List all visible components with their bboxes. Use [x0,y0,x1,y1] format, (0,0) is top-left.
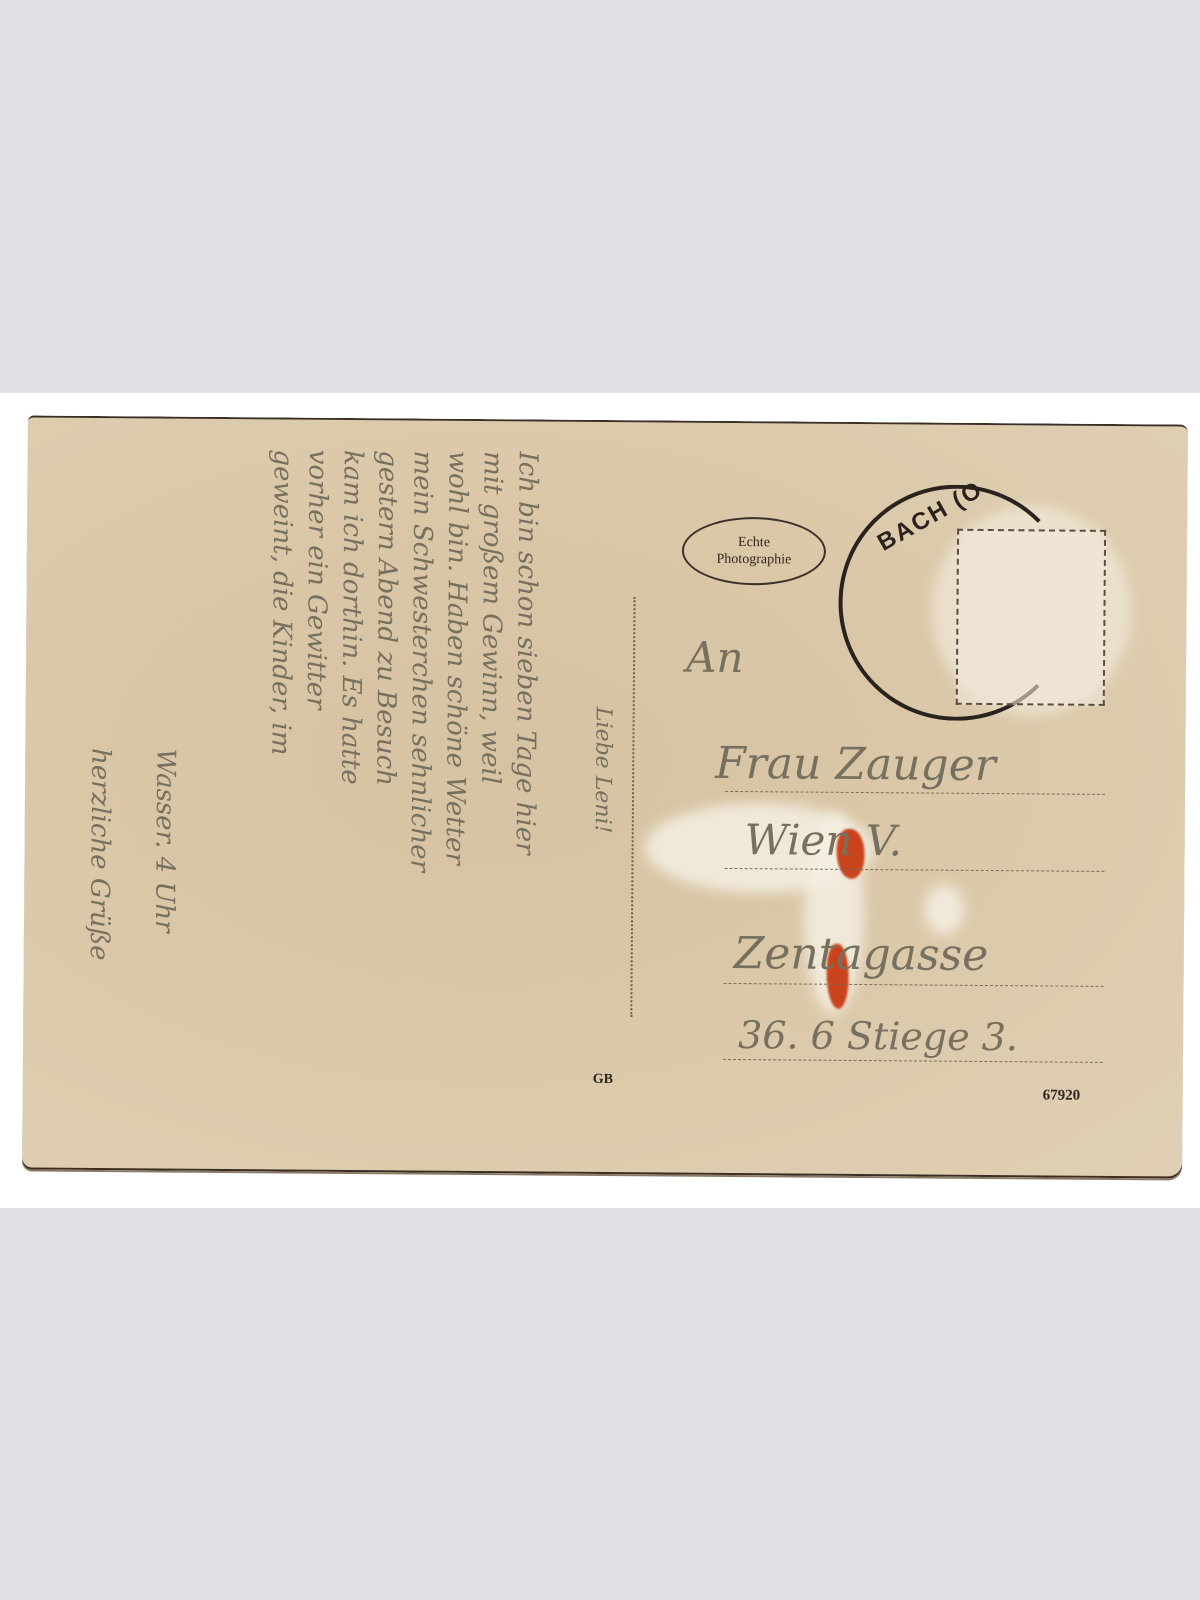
address-rule [723,1059,1103,1063]
address-rule [724,983,1104,987]
address-line: Frau Zauger [715,738,996,791]
publisher-stamp: Echte Photographie [682,517,827,586]
message-line: vorher ein Gewitter [301,450,333,710]
message-line: mein Schwesterchen sehnlicher [404,450,437,872]
message-line: herzliche Grüße [84,748,116,961]
message-line: wohl bin. Haben schöne Wetter [439,451,472,865]
stamp-placeholder [956,529,1106,706]
stamp-line-2: Photographie [716,551,791,569]
message-line: Wasser. 4 Uhr [149,748,180,932]
card-number: 67920 [1043,1087,1081,1104]
address-line: 36. 6 Stiege 3. [738,1013,1018,1059]
message-line: Ich bin schon sieben Tage hier [510,451,543,854]
divider-line [630,597,635,1017]
postcard-back: Echte Photographie BACH (O An Frau Zauge… [22,415,1188,1178]
address-line: Zentagasse [734,928,989,981]
message-line: geweint, die Kinder, im [265,449,297,755]
message-line: mit großem Gewinn, weil [475,451,508,784]
message-line: kam ich dorthin. Es hatte [335,450,368,785]
address-line: Wien V. [744,815,902,865]
stamp-line-1: Echte [738,534,770,551]
message-line: gestern Abend zu Besuch [370,450,403,786]
address-rule [725,791,1105,795]
address-line: An [686,633,744,682]
publisher-logo: GB [593,1072,613,1088]
water-stain [924,885,964,935]
message-greeting: Liebe Leni! [590,707,616,834]
